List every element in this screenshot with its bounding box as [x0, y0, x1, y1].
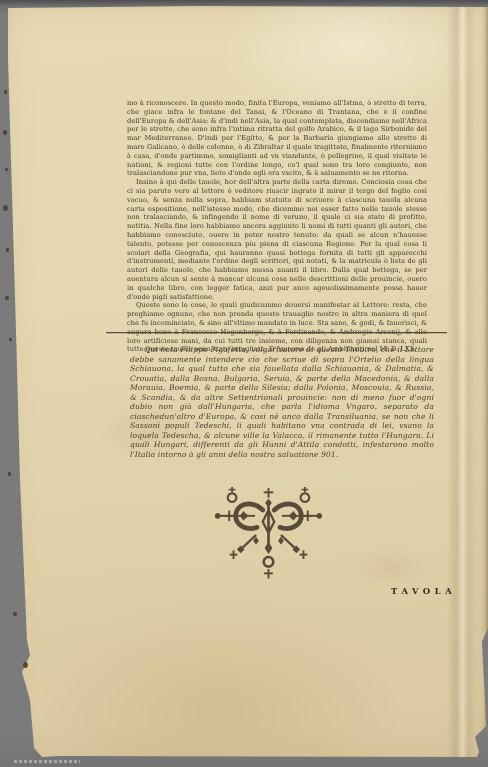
- paper-edge-chip: [4, 90, 7, 94]
- paper-edge-chip: [5, 168, 8, 171]
- paper-edge-chip: [8, 472, 11, 476]
- main-text-block: mo à riconoscere. In questo modo, finita…: [127, 99, 427, 354]
- translator-note-block: Qui nota Filippo Pigafetta, volgarizator…: [130, 345, 434, 459]
- paper-edge-chip: [23, 662, 28, 668]
- paper-edge-chip: [13, 612, 17, 616]
- paper-edge-chip: [3, 130, 7, 135]
- paper-edge-chip: [5, 296, 9, 300]
- scanned-book-page: mo à riconoscere. In questo modo, finita…: [0, 0, 488, 767]
- scan-credit-mark: [14, 760, 80, 763]
- paper-crease: [446, 7, 476, 757]
- main-text-paragraph: mo à riconoscere. In questo modo, finita…: [127, 99, 427, 178]
- tavola-catchword: TAVOLA: [391, 587, 456, 597]
- book-page-paper: mo à riconoscere. In questo modo, finita…: [0, 0, 488, 767]
- section-divider-rule: [106, 332, 447, 333]
- printer-fleuron-ornament-icon: [211, 487, 326, 583]
- paper-edge-chip: [6, 248, 9, 252]
- paper-edge-chip: [3, 205, 8, 211]
- paper-edge-chip: [9, 338, 12, 341]
- main-text-paragraph: Insino à qui delle tauole, hor dell'altr…: [127, 178, 427, 301]
